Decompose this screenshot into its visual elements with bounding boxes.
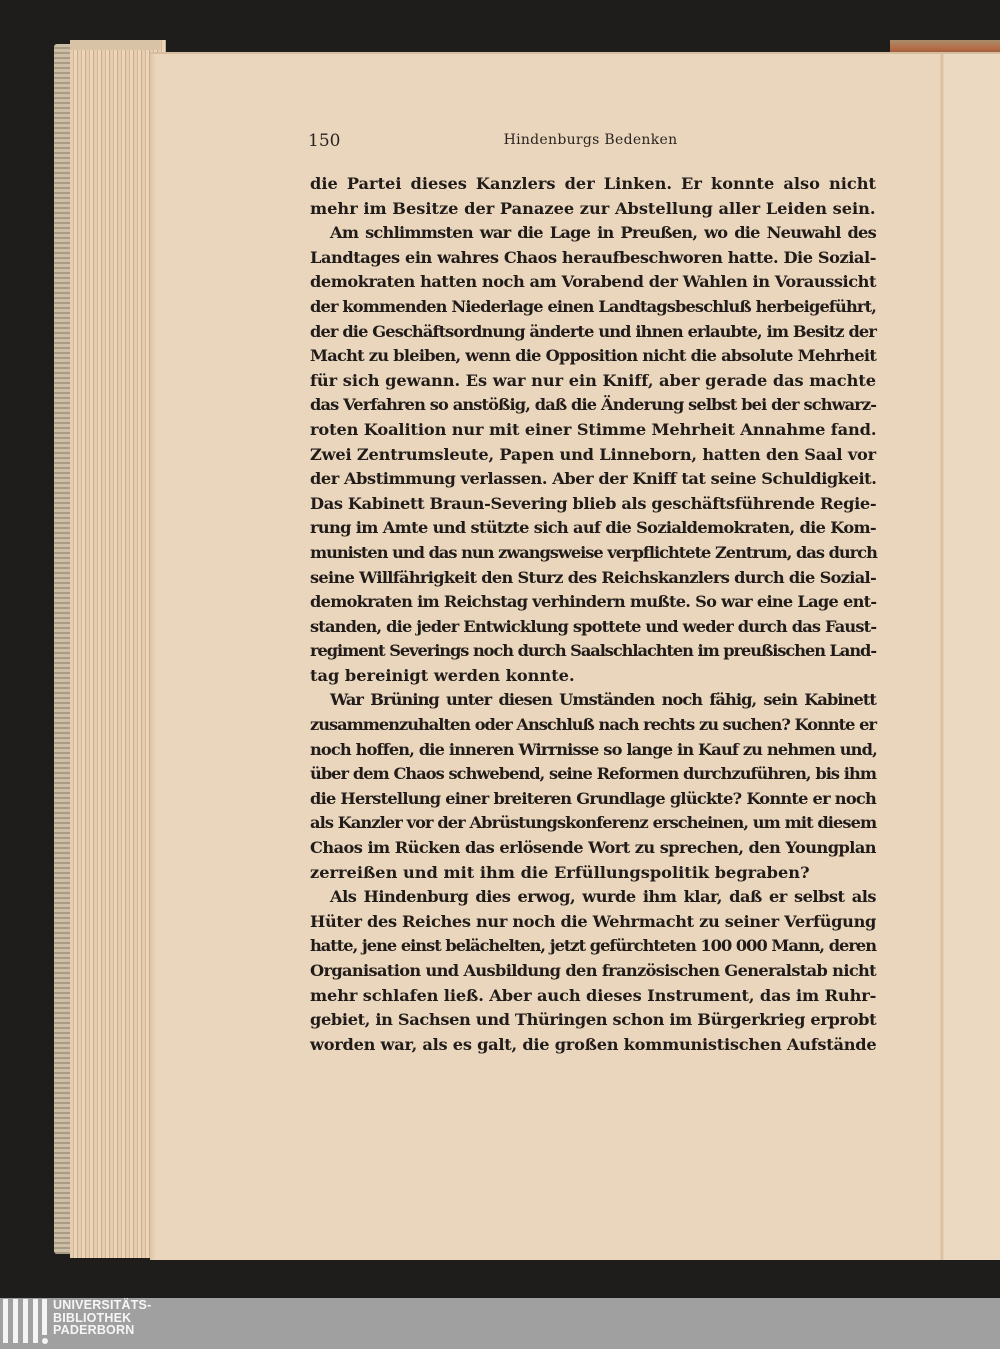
spine-cloth	[54, 44, 70, 1254]
text-line: seine Willfährigkeit den Sturz des Reich…	[310, 566, 876, 591]
text-line: worden war, als es galt, die großen komm…	[310, 1033, 876, 1058]
text-line: demokraten im Reichstag verhindern mußte…	[310, 590, 876, 615]
text-line: die Partei dieses Kanzlers der Linken. E…	[310, 172, 876, 197]
page-shadow	[150, 54, 156, 1260]
text-line: Am schlimmsten war die Lage in Preußen, …	[310, 221, 876, 246]
text-line: regiment Severings noch durch Saalschlac…	[310, 639, 876, 664]
text-line: Chaos im Rücken das erlösende Wort zu sp…	[310, 836, 876, 861]
text-line: roten Koalition nur mit einer Stimme Meh…	[310, 418, 876, 443]
text-line: mehr im Besitze der Panazee zur Abstellu…	[310, 197, 876, 222]
text-line: als Kanzler vor der Abrüstungskonferenz …	[310, 811, 876, 836]
text-line: für sich gewann. Es war nur ein Kniff, a…	[310, 369, 876, 394]
text-line: rung im Amte und stützte sich auf die So…	[310, 516, 876, 541]
text-line: mehr schlafen ließ. Aber auch dieses Ins…	[310, 984, 876, 1009]
top-cover-edge	[70, 40, 160, 50]
text-line: Organisation und Ausbildung den französi…	[310, 959, 876, 984]
text-line: der die Geschäftsordnung änderte und ihn…	[310, 320, 876, 345]
footer-bar: UNIVERSITÄTS- BIBLIOTHEK PADERBORN	[0, 1298, 1000, 1349]
text-line: das Verfahren so anstößig, daß die Änder…	[310, 393, 876, 418]
text-line: hatte, jene einst belächelten, jetzt gef…	[310, 934, 876, 959]
text-line: Das Kabinett Braun-Severing blieb als ge…	[310, 492, 876, 517]
text-line: Hüter des Reiches nur noch die Wehrmacht…	[310, 910, 876, 935]
text-line: munisten und das nun zwangsweise verpfli…	[310, 541, 876, 566]
text-line: zusammenzuhalten oder Anschluß nach rech…	[310, 713, 876, 738]
text-line: zerreißen und mit ihm die Erfüllungspoli…	[310, 861, 876, 886]
text-line: War Brüning unter diesen Umständen noch …	[310, 688, 876, 713]
text-line: Als Hindenburg dies erwog, wurde ihm kla…	[310, 885, 876, 910]
text-line: der Abstimmung verlassen. Aber der Kniff…	[310, 467, 876, 492]
text-line: Zwei Zentrumsleute, Papen und Linneborn,…	[310, 443, 876, 468]
text-line: der kommenden Niederlage einen Landtagsb…	[310, 295, 876, 320]
text-line: Landtages ein wahres Chaos heraufbeschwo…	[310, 246, 876, 271]
running-head: 150 Hindenburgs Bedenken	[308, 131, 873, 155]
text-line: demokraten hatten noch am Vorabend der W…	[310, 270, 876, 295]
running-title: Hindenburgs Bedenken	[308, 132, 873, 148]
text-line: Macht zu bleiben, wenn die Opposition ni…	[310, 344, 876, 369]
logo-line-3: PADERBORN	[53, 1324, 151, 1337]
text-line: über dem Chaos schwebend, seine Reformen…	[310, 762, 876, 787]
text-line: gebiet, in Sachsen und Thüringen schon i…	[310, 1008, 876, 1033]
text-line: noch hoffen, die inneren Wirrnisse so la…	[310, 738, 876, 763]
library-logo-text: UNIVERSITÄTS- BIBLIOTHEK PADERBORN	[53, 1299, 151, 1337]
text-line: standen, die jeder Entwicklung spottete …	[310, 615, 876, 640]
text-line: die Herstellung einer breiteren Grundlag…	[310, 787, 876, 812]
facing-page-strip	[944, 54, 1000, 1260]
library-logo-icon	[3, 1299, 47, 1345]
logo-line-1: UNIVERSITÄTS-	[53, 1299, 151, 1312]
text-line: tag bereinigt werden konnte.	[310, 664, 876, 689]
body-text: die Partei dieses Kanzlers der Linken. E…	[310, 172, 876, 1057]
